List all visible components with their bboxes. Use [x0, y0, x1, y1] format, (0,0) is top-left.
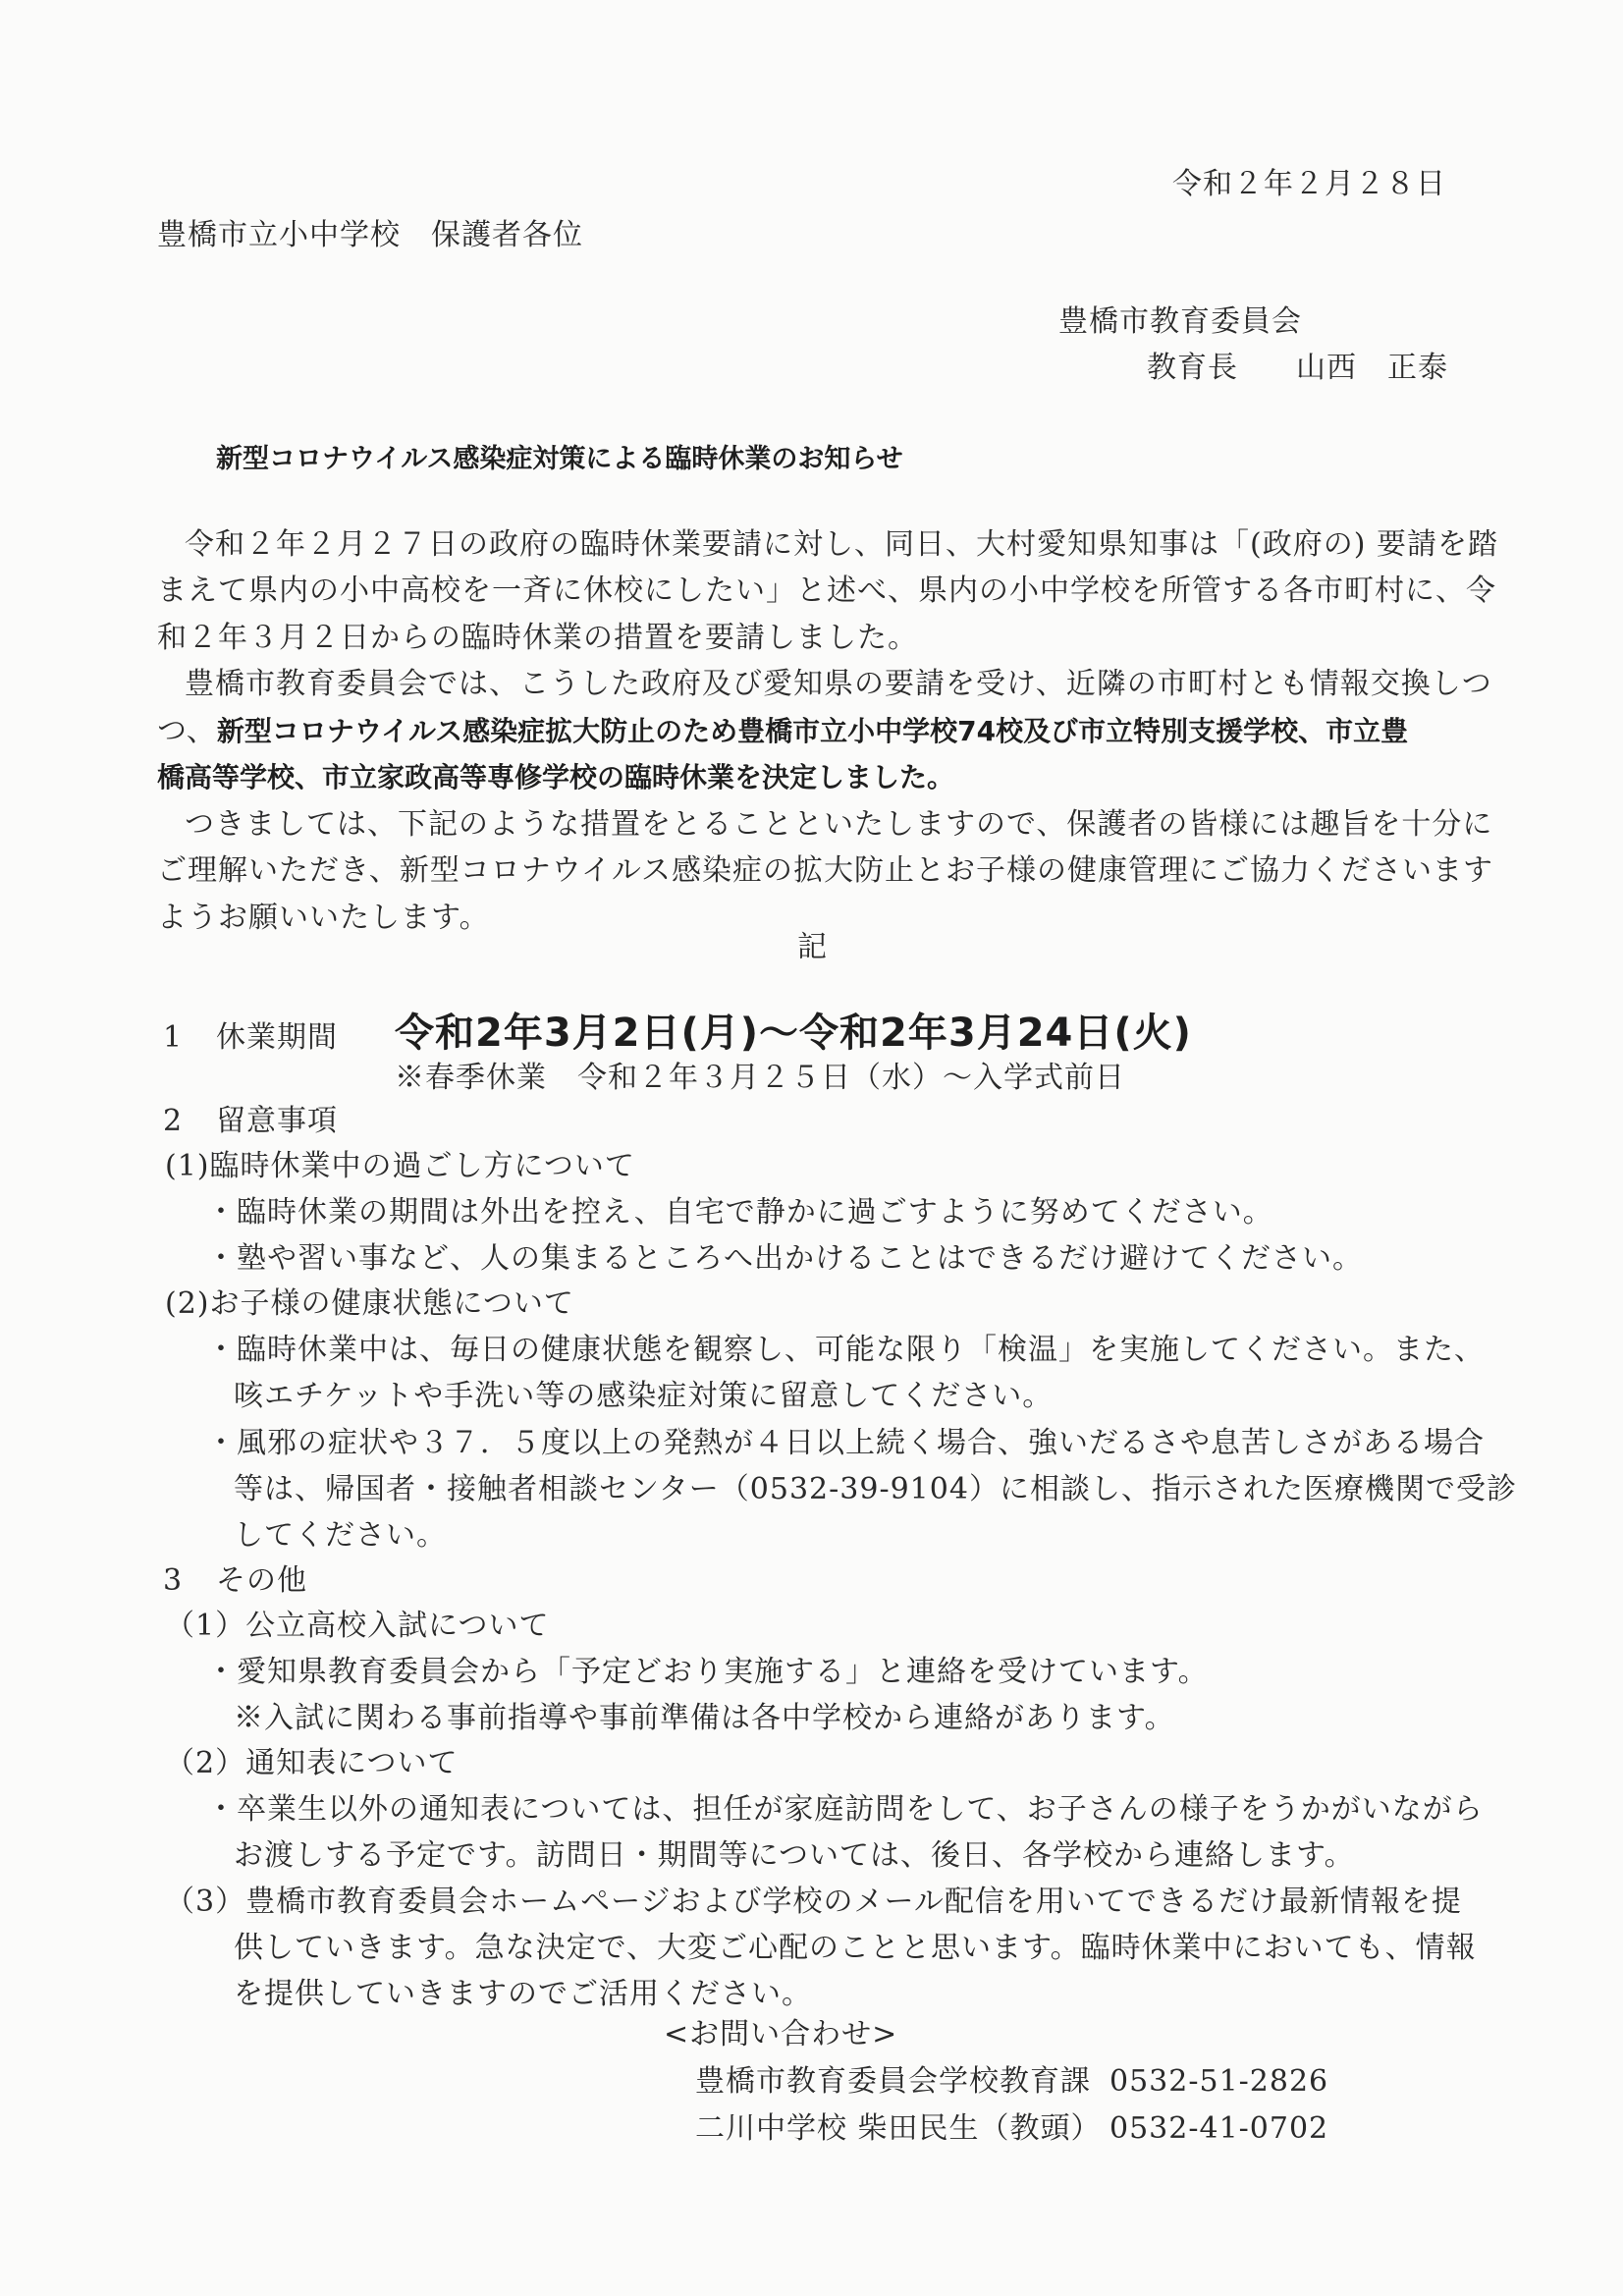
contact-entry-1-phone: 0532-51-2826	[1109, 2062, 1328, 2102]
section2-sub2-item2-line1: ・風邪の症状や３７．５度以上の発熱が４日以上続く場合、強いだるさや息苦しさがある…	[206, 1424, 1485, 1463]
section2-sub2-item2-line2: 等は、帰国者・接触者相談センター（0532-39-9104）に相談し、指示された…	[234, 1470, 1517, 1509]
para1-line2: まえて県内の小中高校を一斉に休校にしたい」と述べ、県内の小中学校を所管する各市町…	[157, 572, 1496, 611]
para3-line1: つきましては、下記のような措置をとることといたしますので、保護者の皆様には趣旨を…	[185, 805, 1492, 845]
section2-number: 2	[163, 1102, 183, 1141]
section3-label: その他	[216, 1561, 307, 1601]
contact-heading: <お問い合わせ>	[664, 2015, 897, 2054]
section3-sub3-line1: （3）豊橋市教育委員会ホームページおよび学校のメール配信を用いてできるだけ最新情…	[165, 1883, 1462, 1922]
section1-label: 休業期間	[216, 1018, 338, 1058]
contact-entry-2-name: 二川中学校 柴田民生（教頭）	[695, 2109, 1102, 2149]
section2-sub2-item1-line2: 咳エチケットや手洗い等の感染症対策に留意してください。	[234, 1377, 1053, 1416]
section2-sub2-title: (2)お子様の健康状態について	[165, 1285, 574, 1324]
closure-period: 令和2年3月2日(月)～令和2年3月24日(火)	[395, 1010, 1192, 1057]
section3-sub2-item1-line2: お渡しする予定です。訪問日・期間等については、後日、各学校から連絡します。	[234, 1836, 1355, 1876]
section2-sub1-item2: ・塾や習い事など、人の集まるところへ出かけることはできるだけ避けてください。	[206, 1239, 1363, 1279]
para2-line2-bold: 新型コロナウイルス感染症拡大防止のため豊橋市立小中学校74校及び市立特別支援学校…	[217, 715, 1408, 747]
section1-number: 1	[163, 1018, 183, 1058]
section2-sub1-item1: ・臨時休業の期間は外出を控え、自宅で静かに過ごすように努めてください。	[206, 1193, 1273, 1232]
ki-marker: 記	[797, 928, 828, 967]
para2-line2-prefix: つ、	[157, 714, 217, 748]
section3-sub1-item1: ・愛知県教育委員会から「予定どおり実施する」と連絡を受けています。	[206, 1653, 1209, 1692]
para1-line3: 和２年３月２日からの臨時休業の措置を要請しました。	[157, 619, 918, 658]
section3-number: 3	[163, 1561, 183, 1601]
section3-sub2-title: （2）通知表について	[165, 1744, 459, 1783]
sender-title: 教育長	[1147, 349, 1238, 388]
section2-sub2-item1-line1: ・臨時休業中は、毎日の健康状態を観察し、可能な限り「検温」を実施してください。ま…	[206, 1331, 1485, 1370]
section2-sub2-item2-line3: してください。	[234, 1516, 447, 1556]
document-date: 令和２年２月２８日	[1172, 165, 1446, 204]
section3-sub3-line2: 供していきます。急な決定で、大変ご心配のことと思います。臨時休業中においても、情…	[234, 1929, 1477, 1968]
section2-sub1-title: (1)臨時休業中の過ごし方について	[165, 1147, 635, 1186]
spring-break-note: ※春季休業 令和２年３月２５日（水）～入学式前日	[395, 1059, 1125, 1098]
sender-name: 山西 正泰	[1296, 349, 1448, 388]
contact-entry-1-name: 豊橋市教育委員会学校教育課	[695, 2062, 1091, 2102]
document-title: 新型コロナウイルス感染症対策による臨時休業のお知らせ	[216, 440, 903, 479]
section3-sub3-line3: を提供していきますのでご活用ください。	[234, 1975, 812, 2014]
section3-sub1-note: ※入試に関わる事前指導や事前準備は各中学校から連絡があります。	[234, 1699, 1175, 1738]
section2-label: 留意事項	[216, 1102, 338, 1141]
para3-line2: ご理解いただき、新型コロナウイルス感染症の拡大防止とお子様の健康管理にご協力くだ…	[157, 851, 1493, 891]
para2-line1: 豊橋市教育委員会では、こうした政府及び愛知県の要請を受け、近隣の市町村とも情報交…	[185, 665, 1492, 704]
para1-line1: 令和２年２月２７日の政府の臨時休業要請に対し、同日、大村愛知県知事は「(政府の)…	[185, 525, 1498, 565]
contact-entry-2-phone: 0532-41-0702	[1109, 2109, 1328, 2149]
section3-sub1-title: （1）公立高校入試について	[165, 1607, 550, 1646]
para3-line3: ようお願いいたします。	[157, 899, 490, 938]
para2-line2: つ、新型コロナウイルス感染症拡大防止のため豊橋市立小中学校74校及び市立特別支援…	[157, 712, 1408, 751]
section3-sub2-item1-line1: ・卒業生以外の通知表については、担任が家庭訪問をして、お子さんの様子をうかがいな…	[206, 1790, 1484, 1830]
sender-org: 豊橋市教育委員会	[1058, 302, 1302, 342]
para2-line3-bold: 橋高等学校、市立家政高等専修学校の臨時休業を決定しました。	[157, 758, 954, 797]
addressee: 豊橋市立小中学校 保護者各位	[157, 216, 583, 255]
